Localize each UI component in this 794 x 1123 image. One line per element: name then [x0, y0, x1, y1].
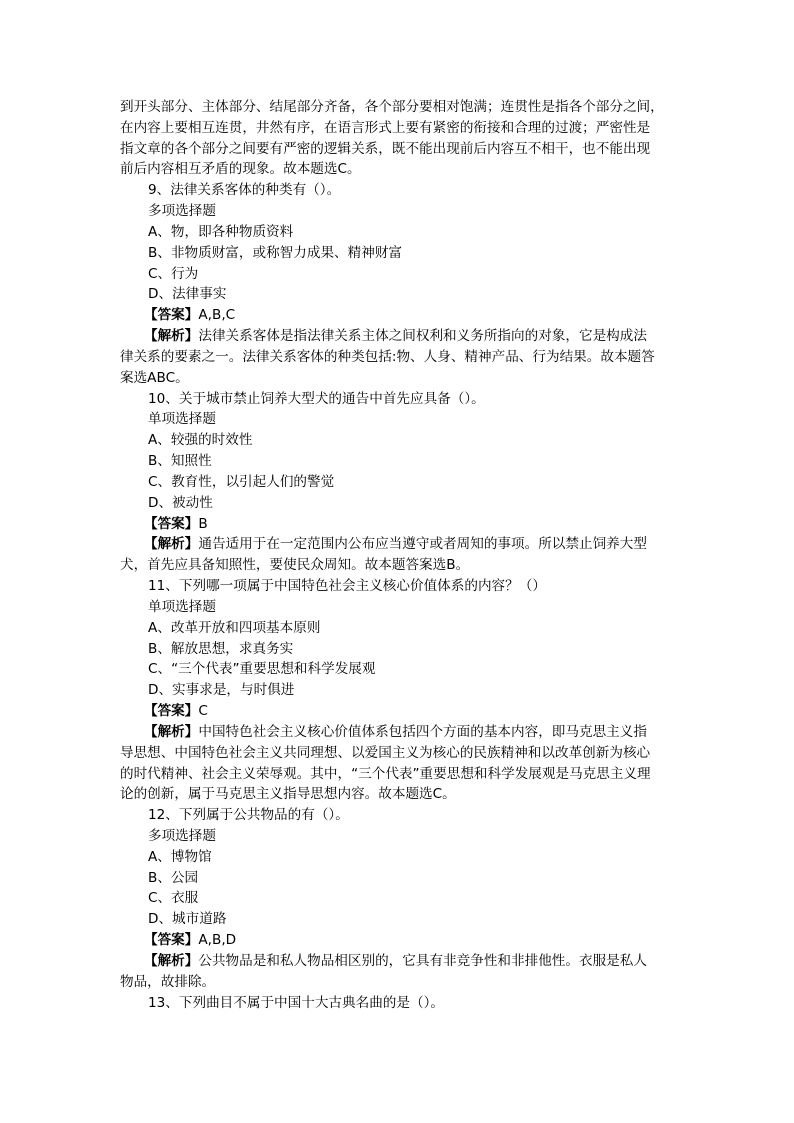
answer-line: 【答案】C — [120, 701, 680, 722]
answer-line: 【答案】B — [120, 514, 680, 535]
answer-tag: 【答案】 — [144, 932, 198, 948]
text-line: 前后内容相互矛盾的现象。故本题选C。 — [120, 159, 680, 180]
option-a: A、较强的时效性 — [120, 430, 680, 451]
document-page: 到开头部分、主体部分、结尾部分齐备，各个部分要相对饱满；连贯性是指各个部分之间，… — [120, 97, 680, 1013]
analysis-tag: 【解析】 — [144, 724, 198, 740]
question-13: 13、下列曲目不属于中国十大古典名曲的是（）。 — [120, 993, 680, 1014]
option-d: D、实事求是，与时俱进 — [120, 680, 680, 701]
option-a: A、改革开放和四项基本原则 — [120, 618, 680, 639]
analysis-line: 【解析】法律关系客体是指法律关系主体之间权利和义务所指向的对象，它是构成法 — [120, 326, 680, 347]
text-line: 指文章的各个部分之间要有严密的逻辑关系，既不能出现前后内容互不相干，也不能出现 — [120, 139, 680, 160]
option-b: B、解放思想，求真务实 — [120, 639, 680, 660]
answer-tag: 【答案】 — [144, 516, 198, 532]
answer-value: A,B,D — [198, 932, 236, 948]
analysis-line: 论的创新，属于马克思主义指导思想内容。故本题选C。 — [120, 784, 680, 805]
option-a: A、物，即各种物质资料 — [120, 222, 680, 243]
question-stem: 10、关于城市禁止饲养大型犬的通告中首先应具备（）。 — [120, 389, 680, 410]
question-stem: 11、下列哪一项属于中国特色社会主义核心价值体系的内容？（） — [120, 576, 680, 597]
analysis-line: 犬，首先应具备知照性，要使民众周知。故本题答案选B。 — [120, 555, 680, 576]
option-b: B、公园 — [120, 868, 680, 889]
analysis-text: 中国特色社会主义核心价值体系包括四个方面的基本内容，即马克思主义指 — [198, 724, 647, 740]
analysis-text: 公共物品是和私人物品相区别的，它具有非竞争性和非排他性。衣服是私人 — [198, 953, 647, 969]
continuation-paragraph: 到开头部分、主体部分、结尾部分齐备，各个部分要相对饱满；连贯性是指各个部分之间，… — [120, 97, 680, 180]
question-type: 多项选择题 — [120, 826, 680, 847]
analysis-text: 法律关系客体是指法律关系主体之间权利和义务所指向的对象，它是构成法 — [198, 328, 647, 344]
question-12: 12、下列属于公共物品的有（）。 多项选择题 A、博物馆 B、公园 C、衣服 D… — [120, 805, 680, 992]
analysis-line: 【解析】公共物品是和私人物品相区别的，它具有非竞争性和非排他性。衣服是私人 — [120, 951, 680, 972]
question-10: 10、关于城市禁止饲养大型犬的通告中首先应具备（）。 单项选择题 A、较强的时效… — [120, 389, 680, 576]
answer-value: A,B,C — [198, 307, 235, 323]
answer-value: C — [198, 703, 208, 719]
option-d: D、城市道路 — [120, 909, 680, 930]
question-type: 单项选择题 — [120, 597, 680, 618]
answer-value: B — [198, 516, 207, 532]
option-a: A、博物馆 — [120, 847, 680, 868]
option-c: C、行为 — [120, 264, 680, 285]
analysis-tag: 【解析】 — [144, 536, 198, 552]
analysis-line: 物品，故排除。 — [120, 972, 680, 993]
option-c: C、衣服 — [120, 888, 680, 909]
analysis-line: 导思想、中国特色社会主义共同理想、以爱国主义为核心的民族精神和以改革创新为核心 — [120, 743, 680, 764]
answer-tag: 【答案】 — [144, 703, 198, 719]
analysis-line: 案选ABC。 — [120, 368, 680, 389]
question-stem: 13、下列曲目不属于中国十大古典名曲的是（）。 — [120, 993, 680, 1014]
analysis-tag: 【解析】 — [144, 953, 198, 969]
question-stem: 12、下列属于公共物品的有（）。 — [120, 805, 680, 826]
option-c: C、“三个代表”重要思想和科学发展观 — [120, 659, 680, 680]
question-stem: 9、法律关系客体的种类有（）。 — [120, 180, 680, 201]
option-d: D、法律事实 — [120, 284, 680, 305]
analysis-tag: 【解析】 — [144, 328, 198, 344]
answer-line: 【答案】A,B,C — [120, 305, 680, 326]
analysis-line: 【解析】中国特色社会主义核心价值体系包括四个方面的基本内容，即马克思主义指 — [120, 722, 680, 743]
option-b: B、非物质财富，或称智力成果、精神财富 — [120, 243, 680, 264]
question-9: 9、法律关系客体的种类有（）。 多项选择题 A、物，即各种物质资料 B、非物质财… — [120, 180, 680, 388]
question-type: 多项选择题 — [120, 201, 680, 222]
text-line: 在内容上要相互连贯，井然有序，在语言形式上要有紧密的衔接和合理的过渡；严密性是 — [120, 118, 680, 139]
analysis-text: 通告适用于在一定范围内公布应当遵守或者周知的事项。所以禁止饲养大型 — [198, 536, 647, 552]
option-c: C、教育性，以引起人们的警觉 — [120, 472, 680, 493]
question-type: 单项选择题 — [120, 409, 680, 430]
question-11: 11、下列哪一项属于中国特色社会主义核心价值体系的内容？（） 单项选择题 A、改… — [120, 576, 680, 805]
analysis-line: 律关系的要素之一。法律关系客体的种类包括:物、人身、精神产品、行为结果。故本题答 — [120, 347, 680, 368]
text-line: 到开头部分、主体部分、结尾部分齐备，各个部分要相对饱满；连贯性是指各个部分之间， — [120, 97, 680, 118]
option-b: B、知照性 — [120, 451, 680, 472]
answer-tag: 【答案】 — [144, 307, 198, 323]
analysis-line: 【解析】通告适用于在一定范围内公布应当遵守或者周知的事项。所以禁止饲养大型 — [120, 534, 680, 555]
answer-line: 【答案】A,B,D — [120, 930, 680, 951]
option-d: D、被动性 — [120, 493, 680, 514]
analysis-line: 的时代精神、社会主义荣辱观。其中，“三个代表”重要思想和科学发展观是马克思主义理 — [120, 764, 680, 785]
